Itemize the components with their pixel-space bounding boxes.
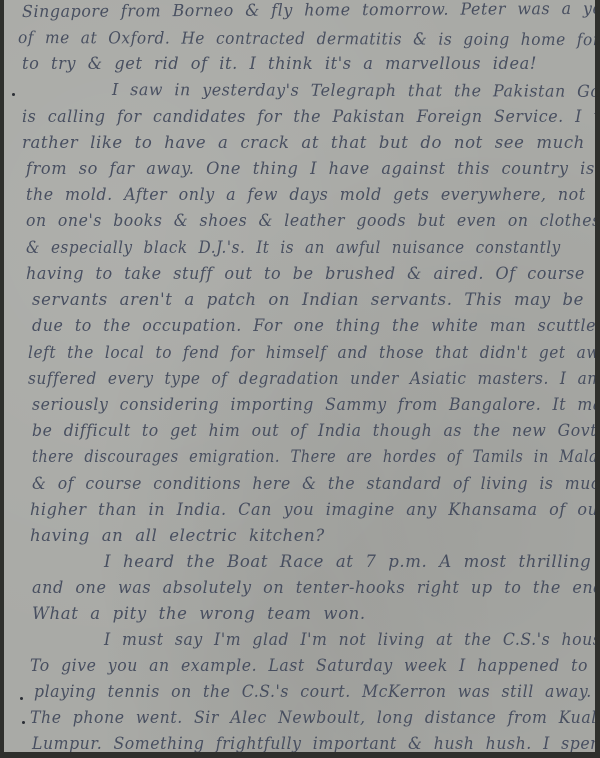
text-line: is calling for candidates for the Pakist…	[22, 107, 595, 126]
margin-mark	[20, 697, 23, 700]
text-line: of me at Oxford. He contracted dermatiti…	[18, 28, 595, 50]
text-line: left the local to fend for himself and t…	[28, 343, 595, 362]
text-line: and one was absolutely on tenter-hooks r…	[32, 578, 595, 597]
letter-page: Singapore from Borneo & fly home tomorro…	[4, 0, 595, 752]
text-line: the mold. After only a few days mold get…	[26, 185, 595, 204]
text-line: having an all electric kitchen?	[30, 526, 325, 545]
text-line: & of course conditions here & the standa…	[32, 474, 595, 493]
text-line: there discourages emigration. There are …	[32, 447, 595, 466]
text-line: & especially black D.J.'s. It is an awfu…	[26, 238, 561, 257]
text-line: Lumpur. Something frightfully important …	[32, 734, 595, 752]
text-line: suffered every type of degradation under…	[28, 369, 595, 388]
text-line: rather like to have a crack at that but …	[22, 133, 595, 152]
text-line: from so far away. One thing I have again…	[26, 159, 595, 178]
text-line: I heard the Boat Race at 7 p.m. A most t…	[104, 552, 595, 571]
text-line: I saw in yesterday's Telegraph that the …	[112, 80, 595, 101]
text-line: The phone went. Sir Alec Newboult, long …	[30, 708, 595, 727]
text-line: to try & get rid of it. I think it's a m…	[22, 54, 537, 73]
text-line: seriously considering importing Sammy fr…	[32, 395, 595, 414]
text-line: servants aren't a patch on Indian servan…	[32, 290, 584, 309]
margin-mark	[22, 721, 25, 724]
text-line: What a pity the wrong team won.	[32, 604, 366, 623]
text-line: having to take stuff out to be brushed &…	[26, 264, 595, 283]
text-line: playing tennis on the C.S.'s court. McKe…	[34, 682, 592, 701]
text-line: on one's books & shoes & leather goods b…	[26, 211, 595, 230]
text-line: higher than in India. Can you imagine an…	[30, 500, 595, 519]
text-line: To give you an example. Last Saturday we…	[30, 656, 595, 675]
text-line: Singapore from Borneo & fly home tomorro…	[22, 0, 595, 21]
margin-mark	[12, 93, 15, 96]
text-line: be difficult to get him out of India tho…	[32, 421, 595, 440]
text-line: due to the occupation. For one thing the…	[32, 316, 595, 335]
text-line: I must say I'm glad I'm not living at th…	[104, 630, 595, 649]
